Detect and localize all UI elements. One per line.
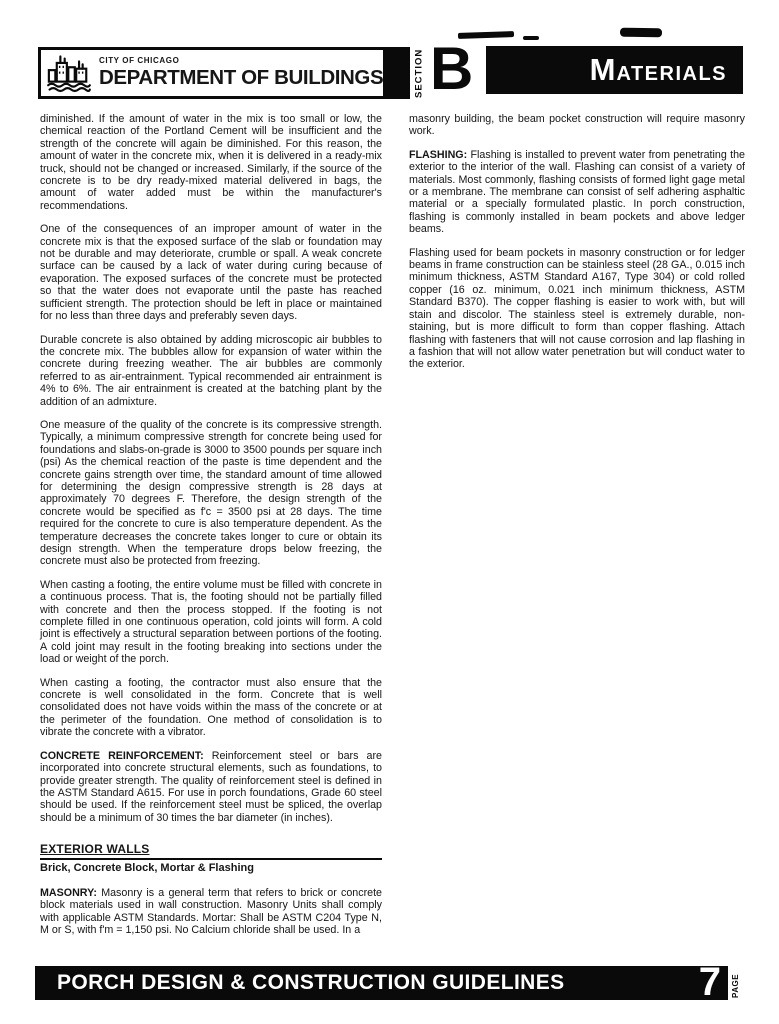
paragraph: When casting a footing, the contractor m… bbox=[40, 677, 382, 739]
paragraph: Flashing used for beam pockets in masonr… bbox=[409, 247, 745, 371]
paragraph: Durable concrete is also obtained by add… bbox=[40, 334, 382, 408]
department-of-buildings-label: DEPARTMENT OF BUILDINGS bbox=[99, 68, 383, 89]
exterior-walls-subheading: Brick, Concrete Block, Mortar & Flashing bbox=[40, 862, 382, 874]
footer-title-bar: PORCH DESIGN & CONSTRUCTION GUIDELINES 7 bbox=[35, 966, 728, 1000]
materials-header-bar: MATERIALS bbox=[486, 46, 743, 94]
scan-artifact bbox=[523, 36, 539, 40]
page-body: diminished. If the amount of water in th… bbox=[40, 113, 745, 948]
city-of-chicago-label: CITY OF CHICAGO bbox=[99, 57, 383, 65]
page-number: 7 bbox=[699, 961, 721, 1003]
right-column: masonry building, the beam pocket constr… bbox=[409, 113, 745, 948]
paragraph: When casting a footing, the entire volum… bbox=[40, 579, 382, 666]
paragraph-masonry: MASONRY: Masonry is a general term that … bbox=[40, 887, 382, 937]
logo-end-block bbox=[383, 50, 407, 96]
materials-title: MATERIALS bbox=[590, 52, 727, 88]
paragraph: masonry building, the beam pocket constr… bbox=[409, 113, 745, 138]
paragraph: One measure of the quality of the concre… bbox=[40, 419, 382, 568]
section-vertical-label: SECTION bbox=[411, 47, 427, 99]
paragraph-flashing: FLASHING: Flashing is installed to preve… bbox=[409, 149, 745, 236]
scan-artifact bbox=[620, 28, 662, 38]
left-column: diminished. If the amount of water in th… bbox=[40, 113, 382, 948]
paragraph: diminished. If the amount of water in th… bbox=[40, 113, 382, 212]
paragraph: One of the consequences of an improper a… bbox=[40, 223, 382, 322]
page-vertical-label: PAGE bbox=[731, 968, 740, 998]
department-logo-box: CITY OF CHICAGO DEPARTMENT OF BUILDINGS bbox=[38, 47, 410, 99]
exterior-walls-heading: EXTERIOR WALLS bbox=[40, 843, 382, 859]
city-skyline-icon bbox=[46, 53, 92, 93]
footer-title: PORCH DESIGN & CONSTRUCTION GUIDELINES bbox=[57, 971, 565, 995]
paragraph-concrete-reinforcement: CONCRETE REINFORCEMENT: Reinforcement st… bbox=[40, 750, 382, 824]
logo-text: CITY OF CHICAGO DEPARTMENT OF BUILDINGS bbox=[99, 57, 383, 89]
section-letter: B bbox=[430, 38, 471, 100]
